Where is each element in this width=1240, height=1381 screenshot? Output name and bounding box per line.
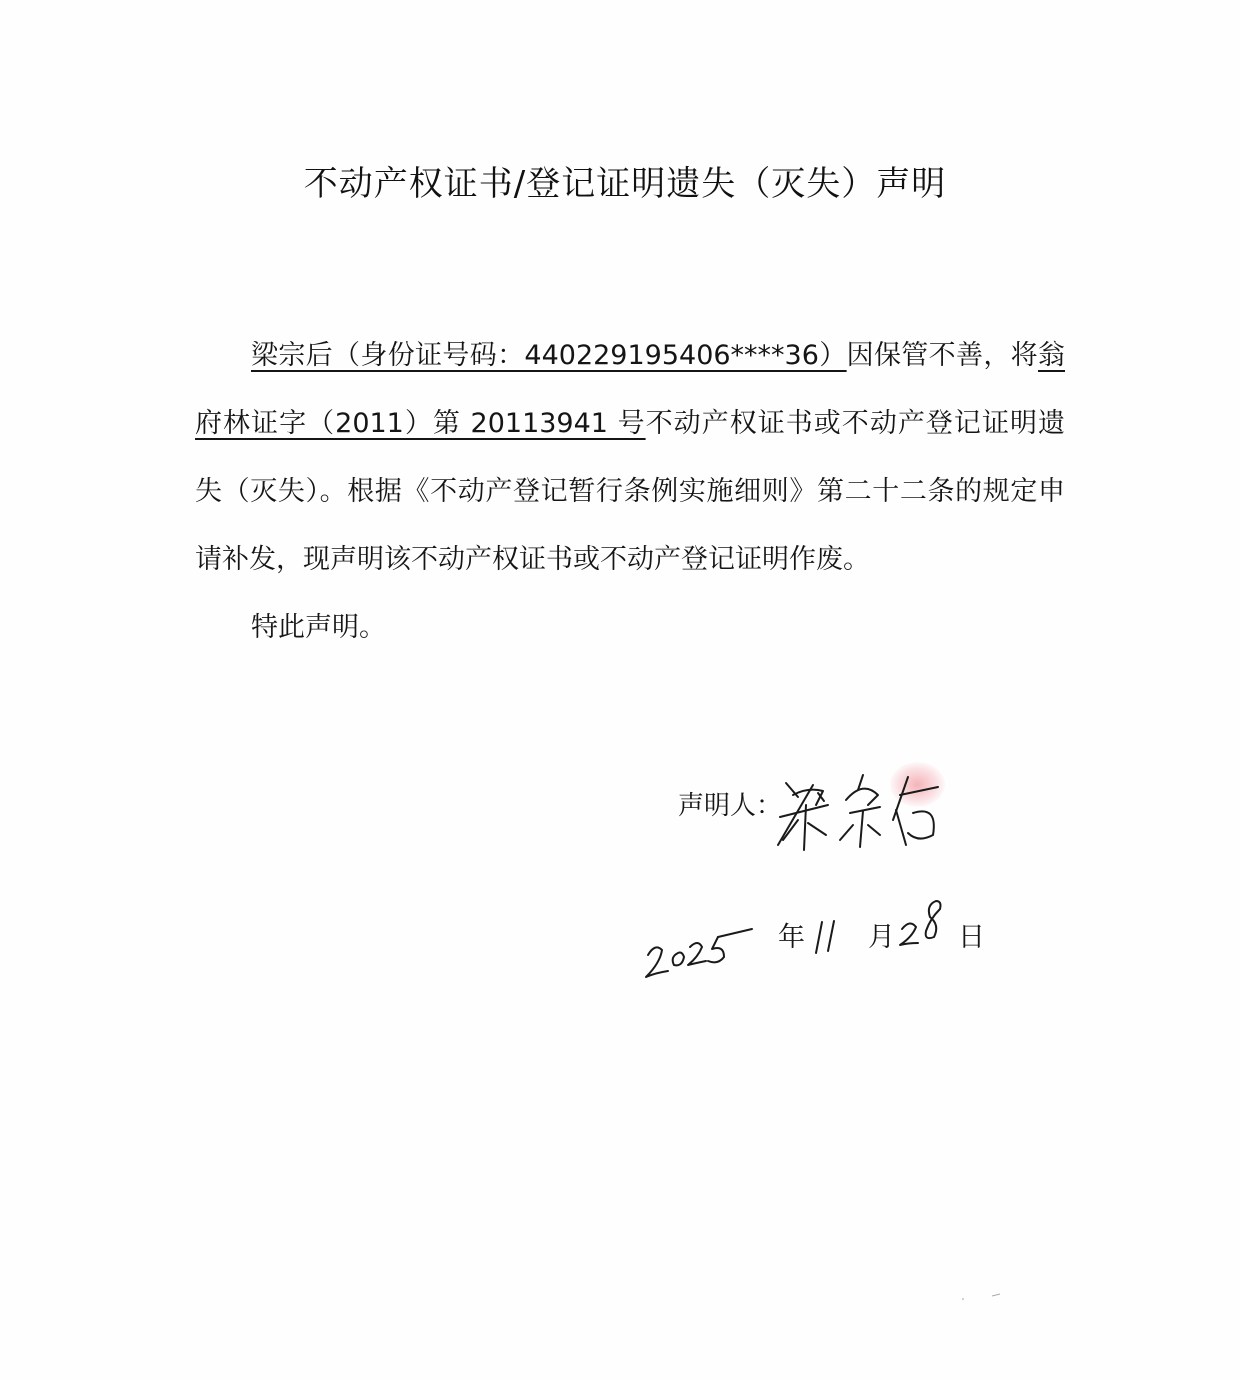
declaration-paragraph: 梁宗后（身份证号码：440229195406****36）因保管不善，将翁府林证… [195,322,1065,594]
document-page: 不动产权证书/登记证明遗失（灭失）声明 梁宗后（身份证号码：4402291954… [0,0,1240,1381]
declarant-identity: 梁宗后（身份证号码：440229195406****36） [251,340,847,371]
handwritten-day [898,895,948,955]
handwritten-month [812,917,842,957]
day-label: 日 [958,915,985,954]
declarant-label: 声明人： [678,785,782,822]
year-label: 年 [778,915,805,954]
closing-text: 特此声明。 [251,612,386,643]
handwritten-signature [768,765,958,860]
month-label: 月 [868,915,895,954]
closing-statement: 特此声明。 [195,594,1065,662]
handwritten-year [640,915,755,985]
declaration-date: 2025 年 11 月 28 日 [640,895,1000,995]
declaration-body: 梁宗后（身份证号码：440229195406****36）因保管不善，将翁府林证… [195,322,1065,662]
scan-artifact [960,1290,1005,1302]
declaration-text: 因保管不善，将 [847,340,1038,371]
document-title: 不动产权证书/登记证明遗失（灭失）声明 [0,156,1240,205]
